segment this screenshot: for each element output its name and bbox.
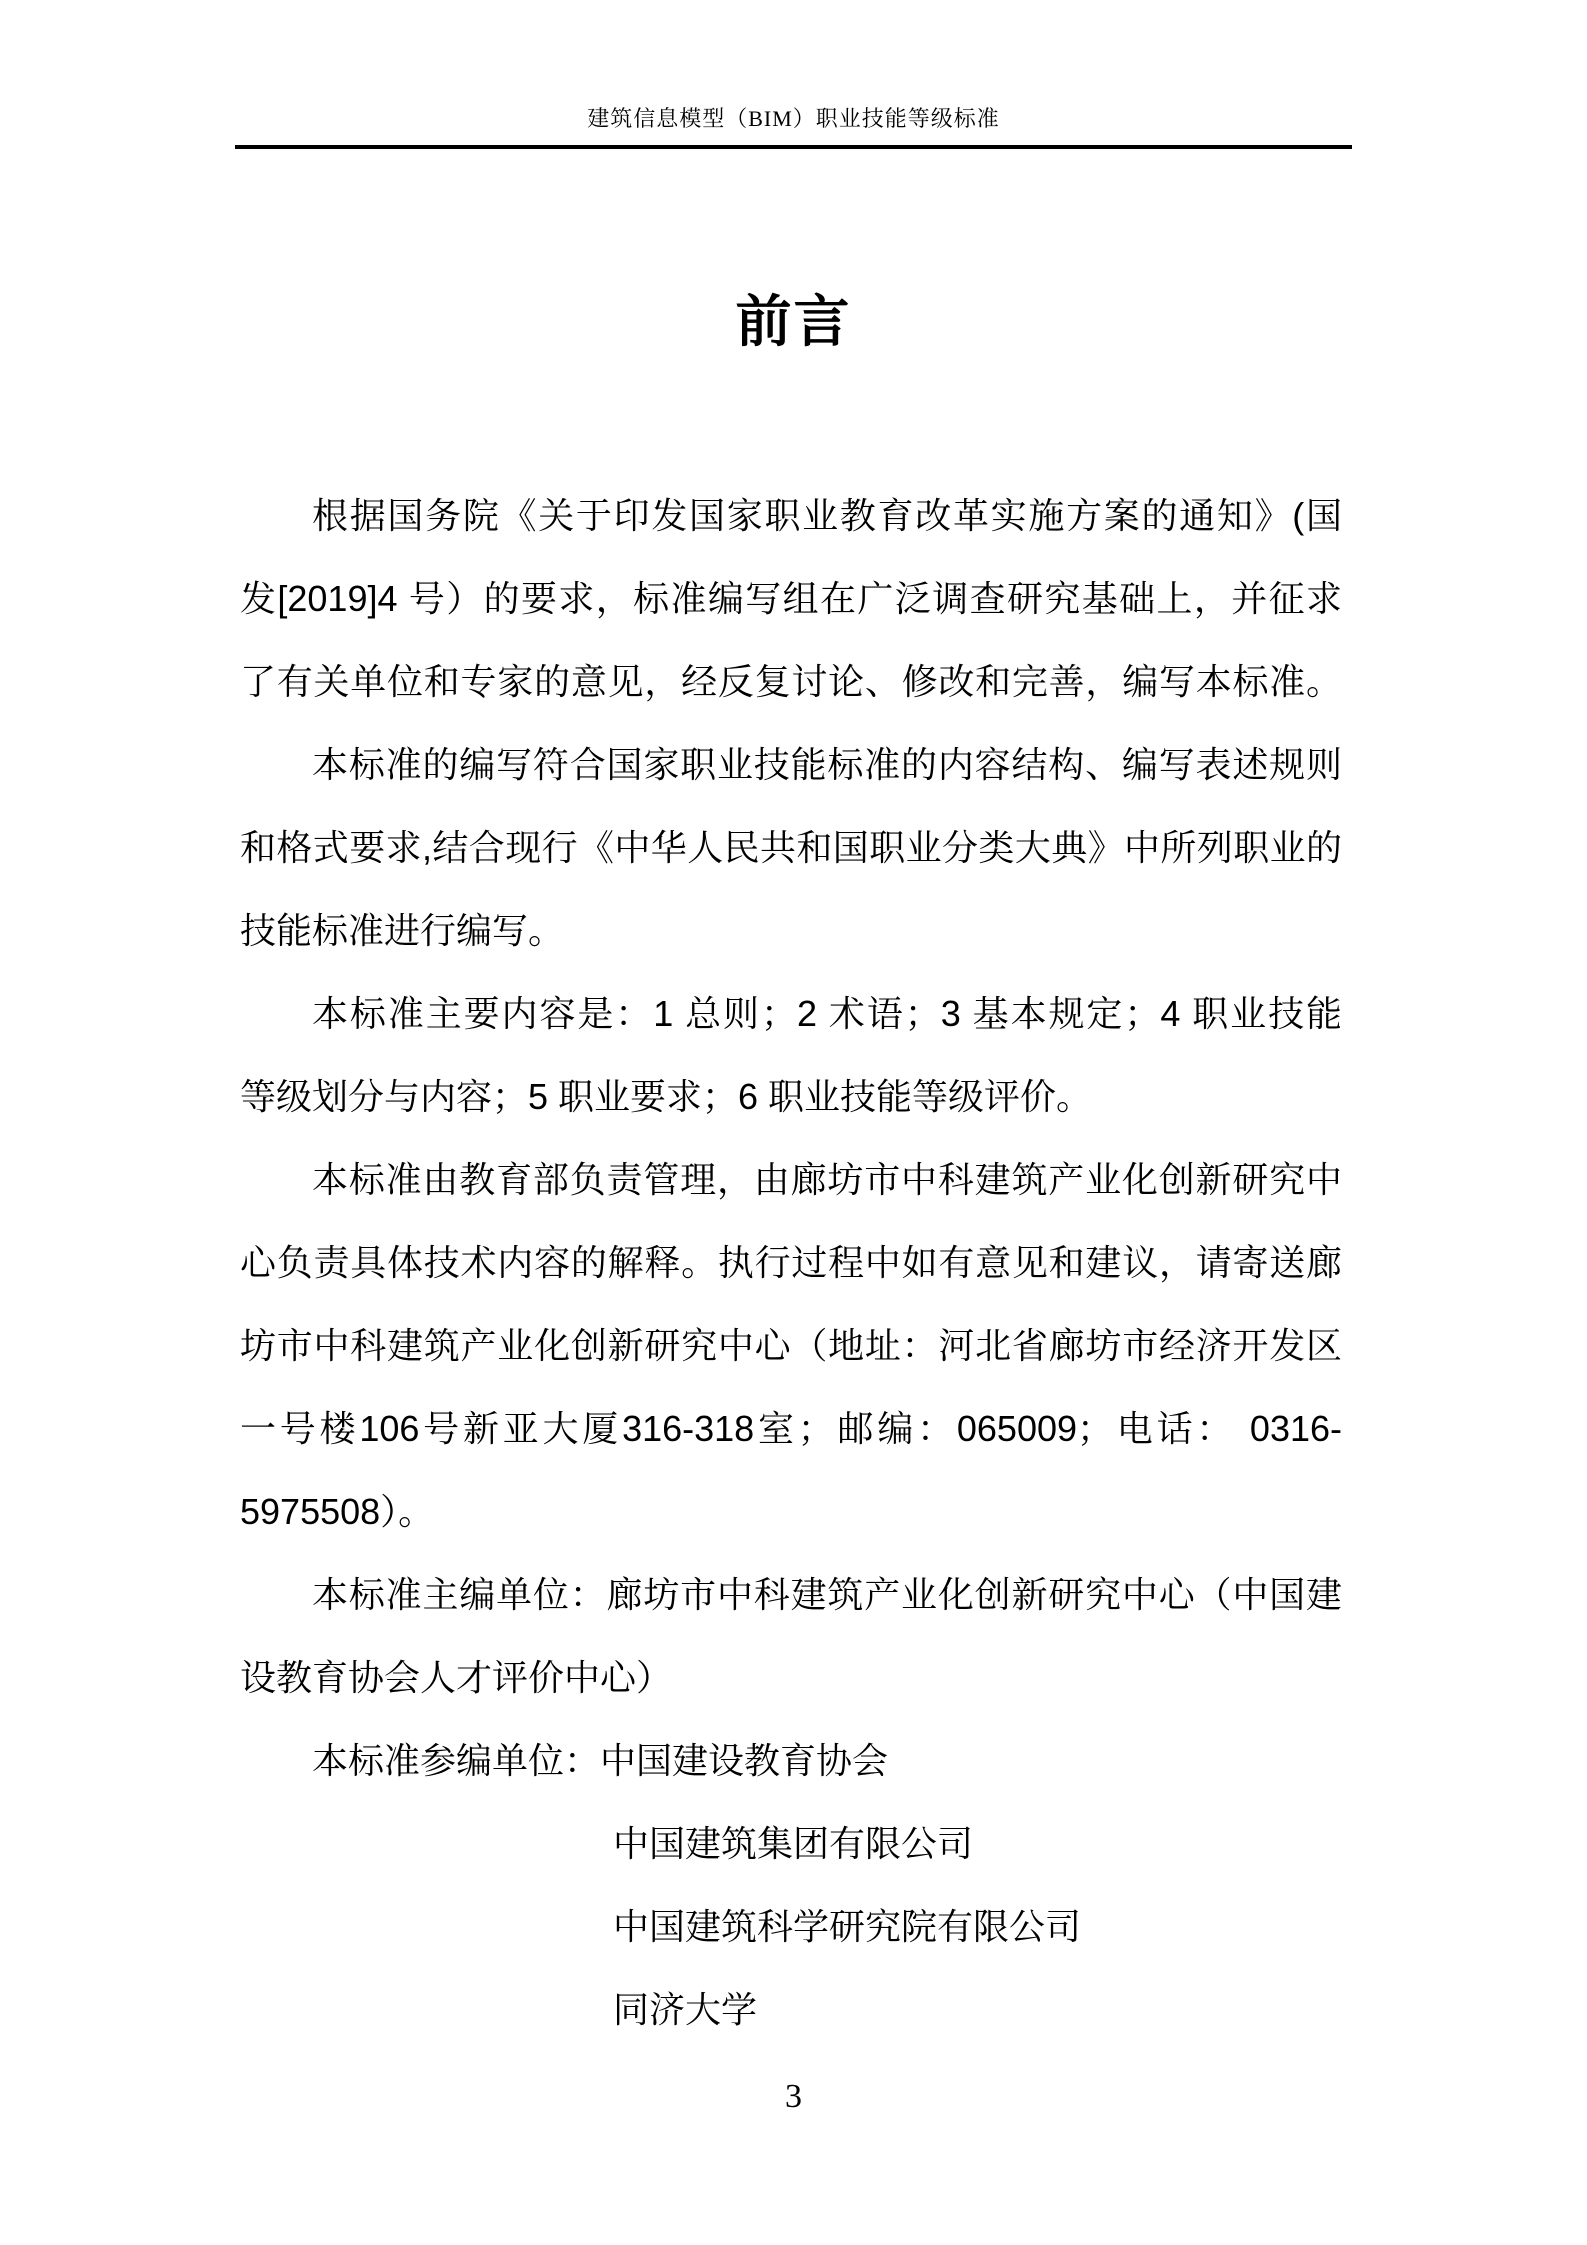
- paragraph-line: 一号楼106号新亚大厦316-318室；邮编：065009；电话： 0316-: [240, 1387, 1342, 1470]
- paragraph-line: 和格式要求,结合现行《中华人民共和国职业分类大典》中所列职业的: [240, 806, 1342, 889]
- paragraph-line: 设教育协会人才评价中心）: [240, 1636, 1342, 1719]
- page-header-title: 建筑信息模型（BIM）职业技能等级标准: [0, 108, 1587, 130]
- paragraph-line: 技能标准进行编写。: [240, 889, 1342, 972]
- paragraph-line: 本标准主编单位：廊坊市中科建筑产业化创新研究中心（中国建: [240, 1553, 1342, 1636]
- paragraph-line: 本标准主要内容是：1 总则；2 术语；3 基本规定；4 职业技能: [240, 972, 1342, 1055]
- paragraph-line: 中国建筑科学研究院有限公司: [240, 1885, 1342, 1968]
- paragraph-line: 本标准由教育部负责管理，由廊坊市中科建筑产业化创新研究中: [240, 1138, 1342, 1221]
- paragraph-line: 心负责具体技术内容的解释。执行过程中如有意见和建议，请寄送廊: [240, 1221, 1342, 1304]
- paragraph-line: 中国建筑集团有限公司: [240, 1802, 1342, 1885]
- paragraph-line: 坊市中科建筑产业化创新研究中心（地址：河北省廊坊市经济开发区: [240, 1304, 1342, 1387]
- paragraph-line: 发[2019]4 号）的要求，标准编写组在广泛调查研究基础上，并征求: [240, 557, 1342, 640]
- paragraph-line: 等级划分与内容；5 职业要求；6 职业技能等级评价。: [240, 1055, 1342, 1138]
- paragraph-line: 了有关单位和专家的意见，经反复讨论、修改和完善，编写本标准。: [240, 640, 1342, 723]
- page-number: 3: [0, 2080, 1587, 2114]
- paragraph-line: 根据国务院《关于印发国家职业教育改革实施方案的通知》(国: [240, 474, 1342, 557]
- paragraph-line: 5975508）。: [240, 1470, 1342, 1553]
- paragraph-line: 本标准的编写符合国家职业技能标准的内容结构、编写表述规则: [240, 723, 1342, 806]
- paragraph-line: 本标准参编单位：中国建设教育协会: [240, 1719, 1342, 1802]
- document-page: 建筑信息模型（BIM）职业技能等级标准 前言 根据国务院《关于印发国家职业教育改…: [0, 0, 1587, 2245]
- paragraph-line: 同济大学: [240, 1968, 1342, 2051]
- body-text: 根据国务院《关于印发国家职业教育改革实施方案的通知》(国 发[2019]4 号）…: [240, 474, 1342, 2051]
- header-rule-divider: [235, 145, 1352, 149]
- page-title: 前言: [0, 294, 1587, 350]
